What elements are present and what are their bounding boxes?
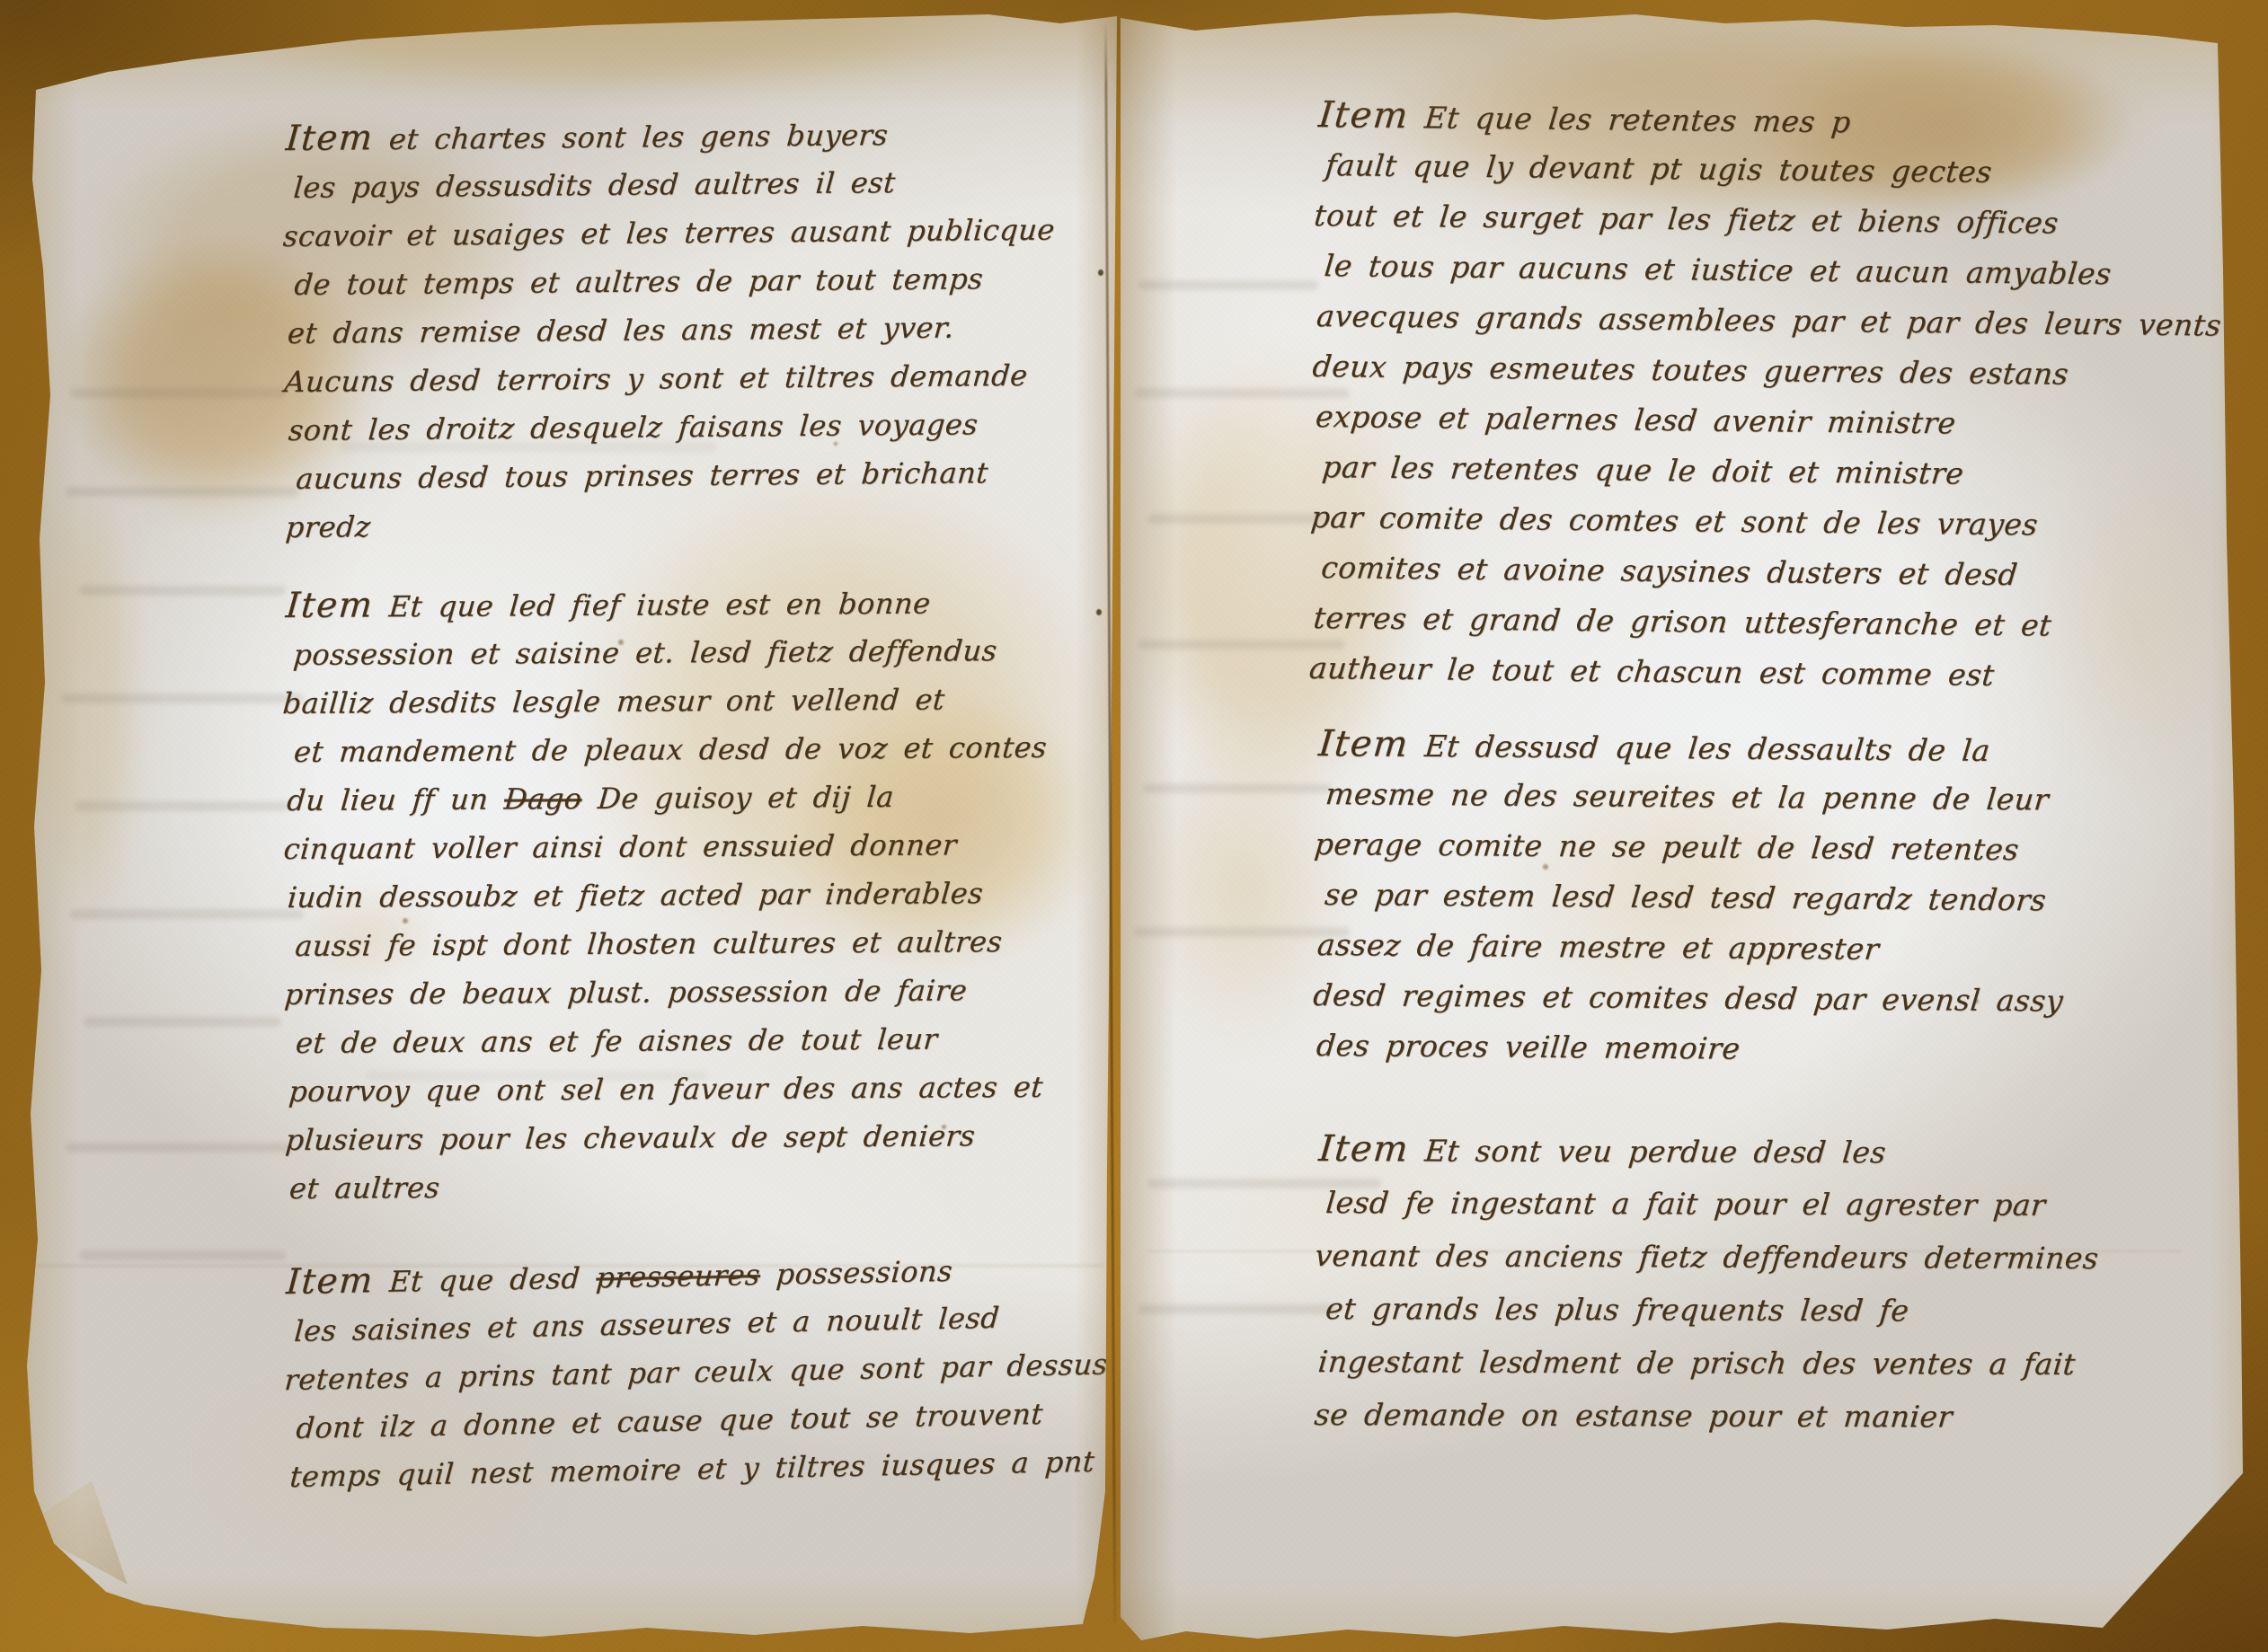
line-text: venant des anciens fietz deffendeurs det… — [1314, 1238, 2101, 1276]
line-text: et dans remise desd les ans mest et yver… — [287, 311, 956, 351]
stain — [1483, 737, 1887, 1033]
manuscript-line: expose et palernes lesd avenir ministre — [1313, 392, 2180, 451]
verso-show-through — [1134, 927, 1350, 937]
paragraph-initial: Item — [1317, 1128, 1411, 1170]
manuscript-paragraph: Item Et que led fief iuste est en bonnep… — [286, 578, 1080, 1213]
manuscript-line: et de deux ans et fe aisnes de tout leur — [294, 1014, 1081, 1067]
verso-show-through — [1147, 1179, 1381, 1188]
paragraph-initial: Item — [284, 585, 375, 626]
verso-show-through — [1134, 388, 1350, 398]
manuscript-line: deux pays esmeutes toutes guerres des es… — [1310, 341, 2181, 401]
manuscript-line: et mandement de pleaux desd de voz et co… — [292, 723, 1079, 776]
manuscript-line: lesd fe ingestant a fait pour el agreste… — [1324, 1176, 2184, 1232]
line-text: des proces veille memoire — [1315, 1028, 1741, 1066]
manuscript-line: fault que ly devant pt ugis toutes gecte… — [1323, 140, 2183, 199]
line-text: De guisoy et dij la — [580, 780, 895, 816]
manuscript-line: des proces veille memoire — [1314, 1020, 2181, 1077]
stain — [1752, 36, 2130, 216]
crease-line — [34, 1265, 1103, 1267]
line-text: cinquant voller ainsi dont enssuied donn… — [282, 827, 958, 866]
manuscript-line: dont ilz a donne et cause que tout se tr… — [295, 1389, 1082, 1453]
line-text: expose et palernes lesd avenir ministre — [1314, 399, 1957, 440]
line-text: perage comite ne se peult de lesd retent… — [1313, 826, 2021, 867]
line-text: de tout temps et aultres de par tout tem… — [293, 261, 985, 302]
manuscript-line: les pays dessusdits desd aultres il est — [292, 156, 1079, 212]
word-strikethrough: presseures — [595, 1258, 761, 1295]
left-page-text: Item et chartes sont les gens buyersles … — [286, 115, 1076, 1501]
manuscript-line: terres et grand de grison uttesferanche … — [1311, 593, 2178, 652]
line-text: et chartes sont les gens buyers — [372, 118, 890, 156]
line-text: se demande on estanse pour et manier — [1313, 1397, 1954, 1434]
verso-show-through — [70, 909, 304, 919]
line-text: et grands les plus frequents lesd fe — [1324, 1291, 1911, 1328]
line-text: scavoir et usaiges et les terres ausant … — [282, 213, 1057, 254]
manuscript-line: pourvoy que ont sel en faveur des ans ac… — [287, 1063, 1081, 1116]
line-text: mesme ne des seureites et la penne de le… — [1324, 776, 2051, 817]
word-strikethrough: Dago — [503, 782, 584, 817]
manuscript-line: Item Et dessusd que les dessaults de la — [1316, 719, 2184, 775]
manuscript-line: et grands les plus frequents lesd fe — [1324, 1282, 2184, 1338]
paragraph-initial: Item — [285, 118, 376, 159]
line-text: avecques grands assemblees par et par de… — [1316, 298, 2223, 343]
stain — [2022, 449, 2255, 808]
manuscript-paragraph: Item Et dessusd que les dessaults de lam… — [1316, 719, 2182, 1078]
verso-show-through — [367, 1071, 708, 1081]
line-text: iudin dessoubz et fietz acted par indera… — [287, 876, 985, 914]
dog-ear-fold — [20, 1473, 164, 1626]
manuscript-paragraph: Item Et que desd presseures possessionsl… — [286, 1243, 1081, 1501]
line-text: ingestant lesdment de prisch des ventes … — [1316, 1344, 2077, 1382]
stain — [782, 683, 1105, 970]
line-text: lesd fe ingestant a fait pour el agreste… — [1324, 1185, 2047, 1223]
stain — [1128, 719, 1361, 1060]
paragraph-initial: Item — [285, 1260, 375, 1303]
line-text: dont ilz a donne et cause que tout se tr… — [295, 1397, 1044, 1445]
line-text: desd regimes et comites desd par evensl … — [1312, 977, 2065, 1019]
manuscript-line: venant des anciens fietz deffendeurs det… — [1313, 1229, 2184, 1285]
manuscript-line: se par estem lesd lesd tesd regardz tend… — [1323, 870, 2183, 926]
verso-show-through — [79, 1250, 286, 1260]
line-text: autheur le tout et chascun est comme est — [1307, 650, 1996, 693]
manuscript-line: prinses de beaux plust. possession de fa… — [283, 966, 1081, 1019]
manuscript-line: scavoir et usaiges et les terres ausant … — [281, 205, 1079, 261]
line-text: terres et grand de grison uttesferanche … — [1312, 600, 2053, 643]
ink-speck — [1974, 999, 1979, 1003]
line-text: se par estem lesd lesd tesd regardz tend… — [1324, 877, 2048, 917]
line-text: predz — [285, 509, 373, 544]
manuscript-line: retentes a prins tant par ceulx que sont… — [283, 1340, 1081, 1404]
line-text: comites et avoine saysines dusters et de… — [1320, 550, 2020, 592]
stain — [205, 0, 1014, 92]
right-page: Item Et que les retentes mes pfault que … — [1121, 11, 2244, 1642]
line-text: plusieurs pour les chevaulx de sept deni… — [284, 1118, 977, 1157]
manuscript-line: cinquant voller ainsi dont enssuied donn… — [282, 820, 1080, 873]
manuscript-line: Item et chartes sont les gens buyers — [284, 108, 1078, 163]
line-text: les saisines et ans asseures et a nouult… — [293, 1301, 1000, 1348]
ink-speck — [1390, 1358, 1394, 1362]
line-text: sont les droitz desquelz faisans les voy… — [288, 407, 979, 447]
stitch-hole — [1098, 269, 1103, 276]
line-text: aussi fe ispt dont lhosten cultures et a… — [294, 924, 1004, 963]
line-text: fault que ly devant pt ugis toutes gecte… — [1324, 147, 1993, 190]
line-text: Aucuns desd terroirs y sont et tiltres d… — [283, 358, 1029, 399]
manuscript-line: assez de faire mestre et apprester — [1315, 920, 2182, 976]
verso-show-through — [1143, 783, 1332, 793]
line-text: aucuns desd tous prinses terres et brich… — [295, 455, 989, 496]
stain — [180, 1347, 629, 1581]
stain — [1128, 341, 1424, 808]
crease-line — [1147, 1250, 2181, 1252]
stain — [1348, 18, 2157, 225]
manuscript-line: aucuns desd tous prinses terres et brich… — [294, 447, 1081, 503]
manuscript-paragraph: Item et chartes sont les gens buyersles … — [286, 108, 1080, 552]
line-text: temps quil nest memoire et y tiltres ius… — [288, 1444, 1095, 1494]
photo-grain — [0, 0, 2268, 1652]
verso-show-through — [1138, 640, 1345, 649]
line-text: Et dessusd que les dessaults de la — [1407, 729, 1992, 768]
manuscript-line: mesme ne des seureites et la penne de le… — [1324, 769, 2184, 826]
line-text: Et que les retentes mes p — [1407, 100, 1853, 139]
manuscript-line: du lieu ff un Dago De guisoy et dij la — [285, 772, 1079, 825]
verso-show-through — [75, 801, 290, 811]
ink-speck — [618, 640, 624, 645]
manuscript-line: se demande on estanse pour et manier — [1312, 1388, 2183, 1444]
line-text: possession et saisine et. lesd fietz def… — [292, 633, 998, 672]
manuscript-line: et dans remise desd les ans mest et yver… — [286, 302, 1080, 358]
manuscript-paragraph: Item Et que les retentes mes pfault que … — [1313, 90, 2182, 702]
manuscript-line: plusieurs pour les chevaulx de sept deni… — [284, 1111, 1082, 1164]
line-text: retentes a prins tant par ceulx que sont… — [283, 1347, 1109, 1397]
manuscript-line: bailliz desdits lesgle mesur ont vellend… — [281, 675, 1079, 728]
line-text: possessions — [759, 1254, 954, 1292]
right-page-text: Item Et que les retentes mes pfault que … — [1319, 90, 2182, 1441]
manuscript-line: tout et le surget par les fietz et biens… — [1312, 190, 2183, 250]
verso-show-through — [1147, 514, 1327, 524]
manuscript-line: perage comite ne se peult de lesd retent… — [1312, 819, 2183, 877]
line-text: bailliz desdits lesgle mesur ont vellend… — [281, 683, 946, 721]
manuscript-line: possession et saisine et. lesd fietz def… — [291, 626, 1078, 679]
stain — [288, 880, 449, 988]
verso-show-through — [61, 693, 304, 703]
stain — [54, 234, 377, 521]
stain — [27, 467, 144, 934]
verso-show-through — [79, 586, 286, 596]
paragraph-initial: Item — [1317, 723, 1411, 765]
verso-show-through — [66, 487, 299, 497]
line-text: Et que led fief iuste est en bonne — [372, 587, 932, 624]
line-text: le tous par aucuns et iustice et aucun a… — [1323, 248, 2113, 291]
ink-speck — [403, 918, 408, 923]
line-text: et aultres — [288, 1171, 441, 1206]
verso-show-through — [1138, 1304, 1336, 1314]
manuscript-line: sont les droitz desquelz faisans les voy… — [287, 399, 1081, 455]
manuscript-line: aussi fe ispt dont lhosten cultures et a… — [293, 917, 1080, 970]
manuscript-paragraph: Item Et sont veu perdue desd leslesd fe … — [1318, 1123, 2182, 1444]
line-text: prinses de beaux plust. possession de fa… — [283, 973, 969, 1012]
manuscript-line: les saisines et ans asseures et a nouult… — [293, 1292, 1080, 1356]
manuscript-line: ingestant lesdment de prisch des ventes … — [1316, 1335, 2183, 1391]
stitch-hole — [1096, 609, 1102, 615]
line-text: et de deux ans et fe aisnes de tout leur — [295, 1022, 939, 1060]
verso-show-through — [340, 442, 717, 452]
line-text: pourvoy que ont sel en faveur des ans ac… — [288, 1070, 1044, 1109]
manuscript-line: temps quil nest memoire et y tiltres ius… — [288, 1437, 1083, 1501]
line-text: assez de faire mestre et apprester — [1316, 927, 1881, 967]
manuscript-line: iudin dessoubz et fietz acted par indera… — [286, 869, 1080, 922]
line-text: et mandement de pleaux desd de voz et co… — [293, 730, 1049, 769]
left-page: Item et chartes sont les gens buyersles … — [25, 11, 1120, 1639]
manuscript-line: Item Et que led fief iuste est en bonne — [284, 578, 1078, 631]
line-text: du lieu ff un — [286, 782, 506, 817]
line-text: Et que desd — [372, 1260, 597, 1299]
paragraph-initial: Item — [1316, 94, 1411, 137]
manuscript-line: Item Et que desd presseures possessions — [285, 1243, 1079, 1307]
manuscript-line: de tout temps et aultres de par tout tem… — [293, 253, 1080, 309]
manuscript-line: comites et avoine saysines dusters et de… — [1319, 543, 2179, 602]
ink-speck — [942, 1125, 946, 1129]
ink-speck — [1839, 568, 1843, 571]
manuscript-line: predz — [284, 496, 1082, 552]
line-text: Et sont veu perdue desd les — [1407, 1133, 1888, 1170]
stain — [1168, 1078, 1528, 1347]
verso-show-through — [1138, 280, 1318, 290]
ink-speck — [1543, 864, 1548, 870]
manuscript-line: Item Et sont veu perdue desd les — [1316, 1123, 2184, 1179]
manuscript-line: autheur le tout et chascun est comme est — [1307, 643, 2178, 702]
ink-speck — [834, 442, 837, 446]
center-fold-line — [1104, 22, 1116, 1622]
photo-vignette — [0, 0, 2268, 1652]
verso-show-through — [84, 1017, 281, 1027]
verso-show-through — [66, 1143, 290, 1153]
line-text: les pays dessusdits desd aultres il est — [292, 165, 897, 205]
stain — [1156, 119, 1426, 747]
manuscript-line: Aucuns desd terroirs y sont et tiltres d… — [282, 350, 1080, 406]
stain — [557, 467, 1114, 970]
manuscript-line: desd regimes et comites desd par evensl … — [1311, 970, 2182, 1028]
stain — [81, 108, 548, 377]
manuscript-line: avecques grands assemblees par et par de… — [1315, 291, 2182, 350]
manuscript-photograph: Item et chartes sont les gens buyersles … — [0, 0, 2268, 1652]
manuscript-line: Item Et que les retentes mes p — [1316, 90, 2184, 149]
manuscript-line: par comite des comtes et sont de les vra… — [1308, 492, 2179, 552]
manuscript-line: le tous par aucuns et iustice et aucun a… — [1322, 241, 2182, 300]
verso-show-through — [70, 388, 286, 398]
line-text: tout et le surget par les fietz et biens… — [1313, 198, 2060, 241]
line-text: par comite des comtes et sont de les vra… — [1309, 499, 2040, 542]
line-text: deux pays esmeutes toutes guerres des es… — [1311, 349, 2070, 392]
manuscript-line: et aultres — [288, 1160, 1082, 1213]
manuscript-line: par les retentes que le doit et ministre — [1320, 442, 2180, 501]
line-text: par les retentes que le doit et ministre — [1321, 449, 1966, 490]
